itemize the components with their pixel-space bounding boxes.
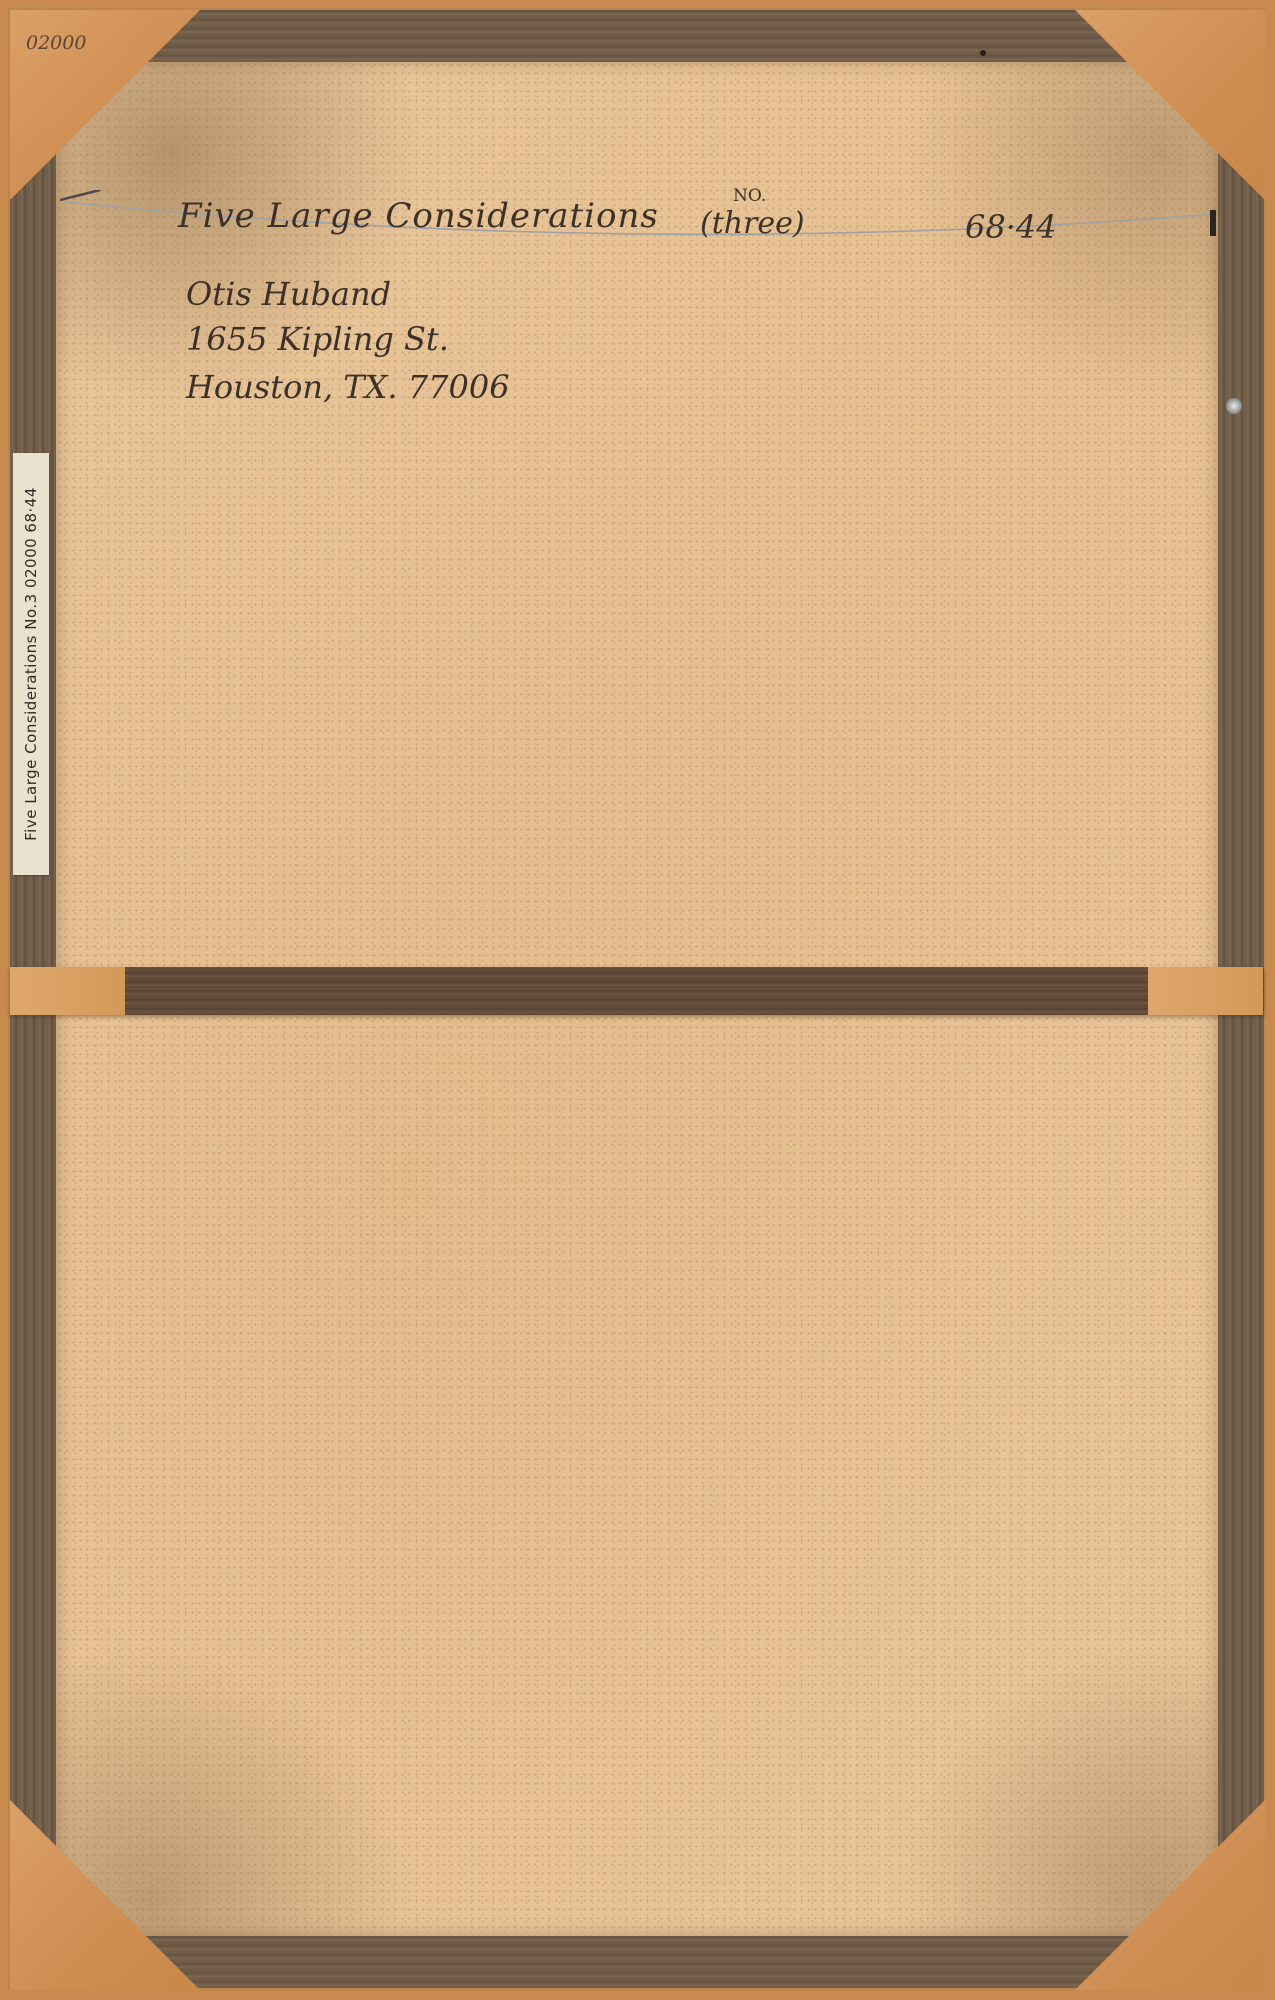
stretcher-bar-top bbox=[10, 10, 1262, 62]
corner-inventory-number: 02000 bbox=[26, 32, 86, 54]
center-crossbar bbox=[10, 967, 1264, 1015]
artist-name: Otis Huband bbox=[186, 275, 391, 313]
screw-icon bbox=[1226, 398, 1242, 414]
number-label: NO. bbox=[733, 186, 766, 206]
nail-head bbox=[980, 50, 986, 56]
catalog-number: 68·44 bbox=[965, 208, 1057, 246]
tape-label-text: Five Large Considerations No.3 02000 68·… bbox=[22, 487, 40, 841]
stretcher-bar-bottom bbox=[10, 1936, 1262, 1988]
crossbar-block-right bbox=[1148, 967, 1263, 1015]
address-city: Houston, TX. 77006 bbox=[186, 368, 510, 406]
number-value: (three) bbox=[700, 206, 805, 241]
artwork-title-inscription: Five Large Considerations bbox=[178, 196, 659, 236]
crossbar-block-left bbox=[10, 967, 125, 1015]
address-street: 1655 Kipling St. bbox=[186, 320, 449, 358]
